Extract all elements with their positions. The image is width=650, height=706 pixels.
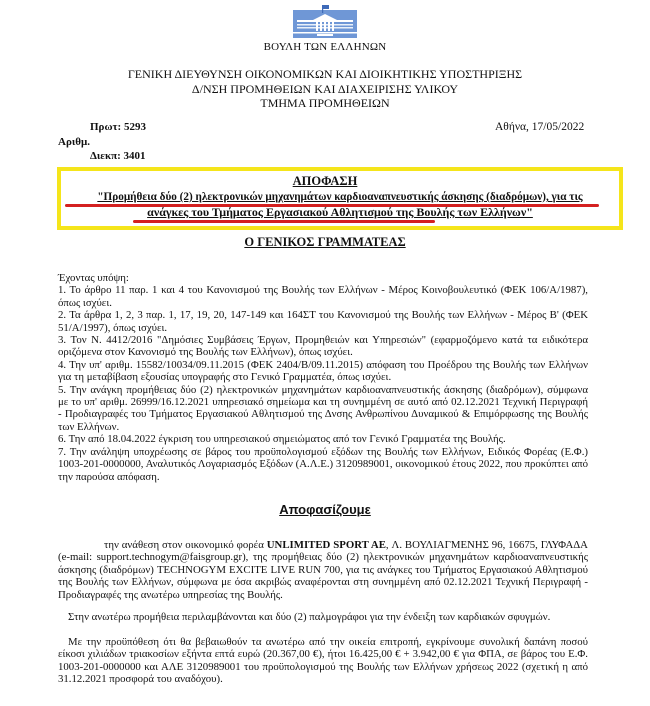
included-note: Στην ανωτέρω προμήθεια περιλαμβάνονται κ…: [58, 611, 588, 623]
red-underline-annotation: [65, 204, 599, 207]
decision-title: ΑΠΟΦΑΣΗ: [0, 174, 650, 189]
document-date: Αθήνα, 17/05/2022: [495, 121, 584, 133]
considering-item: 3. Τον Ν. 4412/2016 "Δημόσιες Συμβάσεις …: [58, 334, 588, 359]
directorate-line-2: Δ/ΝΣΗ ΠΡΟΜΗΘΕΙΩΝ ΚΑΙ ΔΙΑΧΕΙΡΙΣΗΣ ΥΛΙΚΟΥ: [0, 82, 650, 96]
red-underline-annotation: [133, 220, 435, 223]
directorate-line-3: ΤΜΗΜΑ ΠΡΟΜΗΘΕΙΩΝ: [0, 96, 650, 110]
considering-item: 6. Την από 18.04.2022 έγκριση του υπηρεσ…: [58, 433, 588, 445]
decision-subject-line-1: "Προμήθεια δύο (2) ηλεκτρονικών μηχανημά…: [62, 190, 618, 205]
protocol-number: Πρωτ: 5293: [90, 121, 146, 133]
directorate-line-1: ΓΕΝΙΚΗ ΔΙΕΥΘΥΝΣΗ ΟΙΚΟΝΟΜΙΚΩΝ ΚΑΙ ΔΙΟΙΚΗΤ…: [0, 67, 650, 81]
contractor-name: UNLIMITED SPORT AE: [267, 539, 386, 551]
decide-heading: Αποφασίζουμε: [0, 502, 650, 517]
award-paragraph: την ανάθεση στον οικονομικό φορέα UNLIMI…: [58, 539, 588, 601]
number-label: Αριθμ.: [58, 136, 90, 148]
considering-item: 2. Τα άρθρα 1, 2, 3 παρ. 1, 17, 19, 20, …: [58, 309, 588, 334]
included-note-text: Στην ανωτέρω προμήθεια περιλαμβάνονται κ…: [58, 611, 588, 623]
expense-paragraph: Με την προϋπόθεση ότι θα βεβαιωθούν τα α…: [58, 636, 588, 686]
dispatch-number: Διεκπ: 3401: [90, 150, 146, 162]
secretary-heading: Ο ΓΕΝΙΚΟΣ ΓΡΑΜΜΑΤΕΑΣ: [0, 235, 650, 250]
expense-text: Με την προϋπόθεση ότι θα βεβαιωθούν τα α…: [58, 636, 588, 686]
considering-section: Έχοντας υπόψη: 1. Το άρθρο 11 παρ. 1 και…: [58, 272, 588, 483]
award-prefix: την ανάθεση στον οικονομικό φορέα: [104, 539, 267, 551]
considering-item: 7. Την ανάληψη υποχρέωσης σε βάρος του π…: [58, 446, 588, 483]
decision-subject-line-2: ανάγκες του Τμήματος Εργασιακού Αθλητισμ…: [62, 205, 618, 220]
institution-name: ΒΟΥΛΗ ΤΩΝ ΕΛΛΗΝΩΝ: [0, 41, 650, 53]
considering-intro: Έχοντας υπόψη:: [58, 272, 588, 284]
considering-item: 4. Την υπ' αριθμ. 15582/10034/09.11.2015…: [58, 359, 588, 384]
parliament-building-icon: [283, 4, 367, 40]
considering-item: 1. Το άρθρο 11 παρ. 1 και 4 του Κανονισμ…: [58, 284, 588, 309]
considering-item: 5. Την ανάγκη προμήθειας δύο (2) ηλεκτρο…: [58, 384, 588, 434]
